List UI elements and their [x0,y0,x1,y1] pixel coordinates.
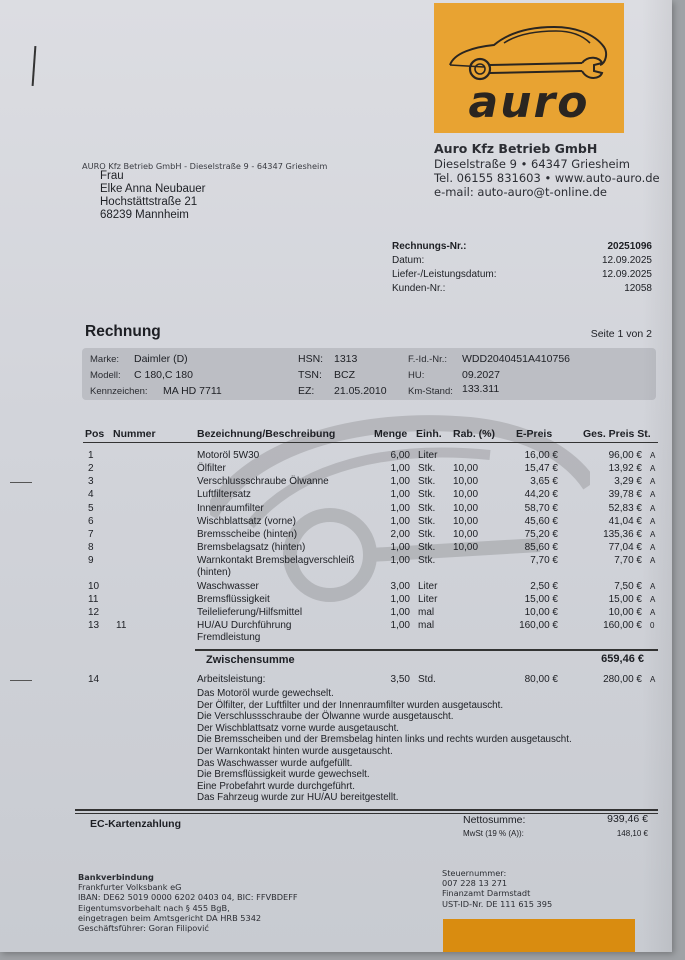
description: Wischblattsatz (vorne) [197,515,296,528]
unit: Stk. [418,488,435,501]
tax-code: 0 [650,619,654,632]
work-note: Die Bremsscheiben und der Bremsbelag hin… [197,734,572,746]
tax-code: A [650,580,655,593]
total: 160,00 € [575,619,642,632]
tax-code: A [650,593,655,606]
qty: 2,00 [360,528,410,541]
work-note: Der Ölfilter, der Luftfilter und der Inn… [197,700,572,712]
tax-line: 007 228 13 271 [442,878,552,888]
vat-amount: 148,10 € [617,829,648,838]
table-row: 5Innenraumfilter1,00Stk.10,0058,70 €52,8… [0,502,672,515]
unit-price: 58,70 € [500,502,558,515]
pos: 12 [88,606,99,619]
table-row: 6Wischblattsatz (vorne)1,00Stk.10,0045,6… [0,515,672,528]
pos: 3 [88,475,94,488]
bank-line: Geschäftsführer: Goran Filipović [78,923,298,933]
tax-code: A [650,488,655,501]
discount: 10,00 [453,515,478,528]
unit: Stk. [418,528,435,541]
unit-price: 15,00 € [500,593,558,606]
col-unit: Einh. [416,428,442,440]
tax-code: A [650,449,655,462]
work-note: Das Waschwasser wurde aufgefüllt. [197,758,572,770]
work-note: Die Verschlussschraube der Ölwanne wurde… [197,711,572,723]
description: Motoröl 5W30 [197,449,259,462]
total: 10,00 € [575,606,642,619]
pos: 7 [88,528,94,541]
tax-code: A [650,462,655,475]
discount: 10,00 [453,488,478,501]
col-qty: Menge [374,428,407,440]
description: Waschwasser [197,580,259,593]
table-row: 1311HU/AU Durchführung1,00mal160,00 €160… [0,619,672,632]
table-row: 9Warnkontakt Bremsbelagverschleiß1,00Stk… [0,554,672,567]
qty: 6,00 [360,449,410,462]
col-discount: Rab. (%) [453,428,495,440]
qty: 3,00 [360,580,410,593]
unit-price: 16,00 € [500,449,558,462]
description: Bremsscheibe (hinten) [197,528,297,541]
tax-code: A [650,541,655,554]
table-row: 11Bremsflüssigkeit1,00Liter15,00 €15,00 … [0,593,672,606]
tax-code: A [650,475,655,488]
unit: Stk. [418,475,435,488]
unit-price: 75,20 € [500,528,558,541]
tax-line: UST-ID-Nr. DE 111 615 395 [442,899,552,909]
work-notes: Das Motoröl wurde gewechselt.Der Ölfilte… [197,688,572,804]
discount: 10,00 [453,502,478,515]
unit: mal [418,619,434,632]
discount: 10,00 [453,541,478,554]
total: 135,36 € [575,528,642,541]
net-label: Nettosumme: [463,814,525,826]
qty: 1,00 [360,475,410,488]
discount: 10,00 [453,462,478,475]
description-continued: (hinten) [197,566,231,579]
pos: 6 [88,515,94,528]
tax-code: A [650,502,655,515]
pos: 8 [88,541,94,554]
unit: Stk. [418,515,435,528]
qty: 1,00 [360,593,410,606]
unit-price: 10,00 € [500,606,558,619]
vat-label: MwSt (19 % (A)): [463,829,524,838]
unit-price: 2,50 € [500,580,558,593]
pos: 1 [88,449,94,462]
totals-divider [75,809,658,811]
total: 15,00 € [575,593,642,606]
unit-price: 85,60 € [500,541,558,554]
invoice-page: auro Auro Kfz Betrieb GmbH Dieselstraße … [0,0,672,952]
col-unit-price: E-Preis [516,428,552,440]
work-note: Der Wischblattsatz vorne wurde ausgetaus… [197,723,572,735]
table-row-labor: 14 Arbeitsleistung: 3,50 Std. 80,00 € 28… [0,673,672,686]
tax-code: A [650,515,655,528]
total: 52,83 € [575,502,642,515]
bank-line: Eigentumsvorbehalt nach § 455 BgB, [78,903,298,913]
total: 39,78 € [575,488,642,501]
total: 7,50 € [575,580,642,593]
unit: Liter [418,449,437,462]
unit-price: 3,65 € [500,475,558,488]
totals-divider [75,813,658,814]
qty: 1,00 [360,619,410,632]
total: 41,04 € [575,515,642,528]
qty: 1,00 [360,541,410,554]
description: Bremsflüssigkeit [197,593,270,606]
unit: Stk. [418,462,435,475]
total: 77,04 € [575,541,642,554]
number: 11 [116,619,126,632]
col-description: Bezeichnung/Beschreibung [197,428,335,440]
pos: 13 [88,619,99,632]
description: Innenraumfilter [197,502,264,515]
table-row: 4Luftfiltersatz1,00Stk.10,0044,20 €39,78… [0,488,672,501]
work-note: Das Motoröl wurde gewechselt. [197,688,572,700]
unit: mal [418,606,434,619]
description: Luftfiltersatz [197,488,251,501]
tax-code: A [650,528,655,541]
tax-line: Steuernummer: [442,868,552,878]
total: 13,92 € [575,462,642,475]
tax-code: A [650,606,655,619]
total: 96,00 € [575,449,642,462]
table-row: 8Bremsbelagsatz (hinten)1,00Stk.10,0085,… [0,541,672,554]
subtotal-value: 659,46 € [601,653,644,665]
table-row: 1Motoröl 5W306,00Liter16,00 €96,00 €A [0,449,672,462]
tax-details: Steuernummer:007 228 13 271Finanzamt Dar… [442,868,552,909]
total: 3,29 € [575,475,642,488]
qty: 1,00 [360,502,410,515]
unit: Stk. [418,554,435,567]
qty: 1,00 [360,606,410,619]
subtotal-label: Zwischensumme [206,654,295,666]
pos: 11 [88,593,98,606]
description: Ölfilter [197,462,226,475]
qty: 1,00 [360,515,410,528]
work-note: Die Bremsflüssigkeit wurde gewechselt. [197,769,572,781]
pos: 14 [88,673,99,686]
col-pos: Pos [85,428,104,440]
unit-price: 44,20 € [500,488,558,501]
net-total: 939,46 € [607,813,648,825]
payment-method: EC-Kartenzahlung [90,818,181,830]
total: 280,00 € [575,673,642,686]
description: Arbeitsleistung: [197,673,265,686]
pos: 5 [88,502,94,515]
unit: Stk. [418,541,435,554]
discount: 10,00 [453,475,478,488]
qty: 3,50 [360,673,410,686]
description: Verschlussschraube Ölwanne [197,475,329,488]
unit-price: 160,00 € [500,619,558,632]
tax-line: Finanzamt Darmstadt [442,888,552,898]
bank-details: BankverbindungFrankfurter Volksbank eGIB… [78,872,298,933]
work-note: Eine Probefahrt wurde durchgeführt. [197,781,572,793]
bank-line: IBAN: DE62 5019 0000 6202 0403 04, BIC: … [78,892,298,902]
description-continued: Fremdleistung [197,631,260,644]
bank-line: Bankverbindung [78,872,298,882]
pos: 2 [88,462,94,475]
pos: 9 [88,554,94,567]
unit-price: 80,00 € [500,673,558,686]
qty: 1,00 [360,554,410,567]
table-row: 12Teilelieferung/Hilfsmittel1,00mal10,00… [0,606,672,619]
unit: Liter [418,580,437,593]
col-total: Ges. Preis St. [583,428,651,440]
tax-code: A [650,673,655,686]
pos: 4 [88,488,94,501]
unit-price: 15,47 € [500,462,558,475]
subtotal-divider [195,649,658,651]
table-row: 10Waschwasser3,00Liter2,50 €7,50 €A [0,580,672,593]
table-row: 3Verschlussschraube Ölwanne1,00Stk.10,00… [0,475,672,488]
col-number: Nummer [113,428,156,440]
tax-code: A [650,554,655,567]
table-row: 2Ölfilter1,00Stk.10,0015,47 €13,92 €A [0,462,672,475]
unit-price: 45,60 € [500,515,558,528]
work-note: Das Fahrzeug wurde zur HU/AU bereitgeste… [197,792,572,804]
work-note: Der Warnkontakt hinten wurde ausgetausch… [197,746,572,758]
description: Teilelieferung/Hilfsmittel [197,606,302,619]
header-divider [83,442,658,443]
unit: Liter [418,593,437,606]
footer-accent-bar [443,919,635,952]
discount: 10,00 [453,528,478,541]
total: 7,70 € [575,554,642,567]
description: Bremsbelagsatz (hinten) [197,541,305,554]
bank-line: eingetragen beim Amtsgericht DA HRB 5342 [78,913,298,923]
unit-price: 7,70 € [500,554,558,567]
unit: Stk. [418,502,435,515]
qty: 1,00 [360,488,410,501]
bank-line: Frankfurter Volksbank eG [78,882,298,892]
pos: 10 [88,580,99,593]
unit: Std. [418,673,436,686]
table-row: 7Bremsscheibe (hinten)2,00Stk.10,0075,20… [0,528,672,541]
qty: 1,00 [360,462,410,475]
